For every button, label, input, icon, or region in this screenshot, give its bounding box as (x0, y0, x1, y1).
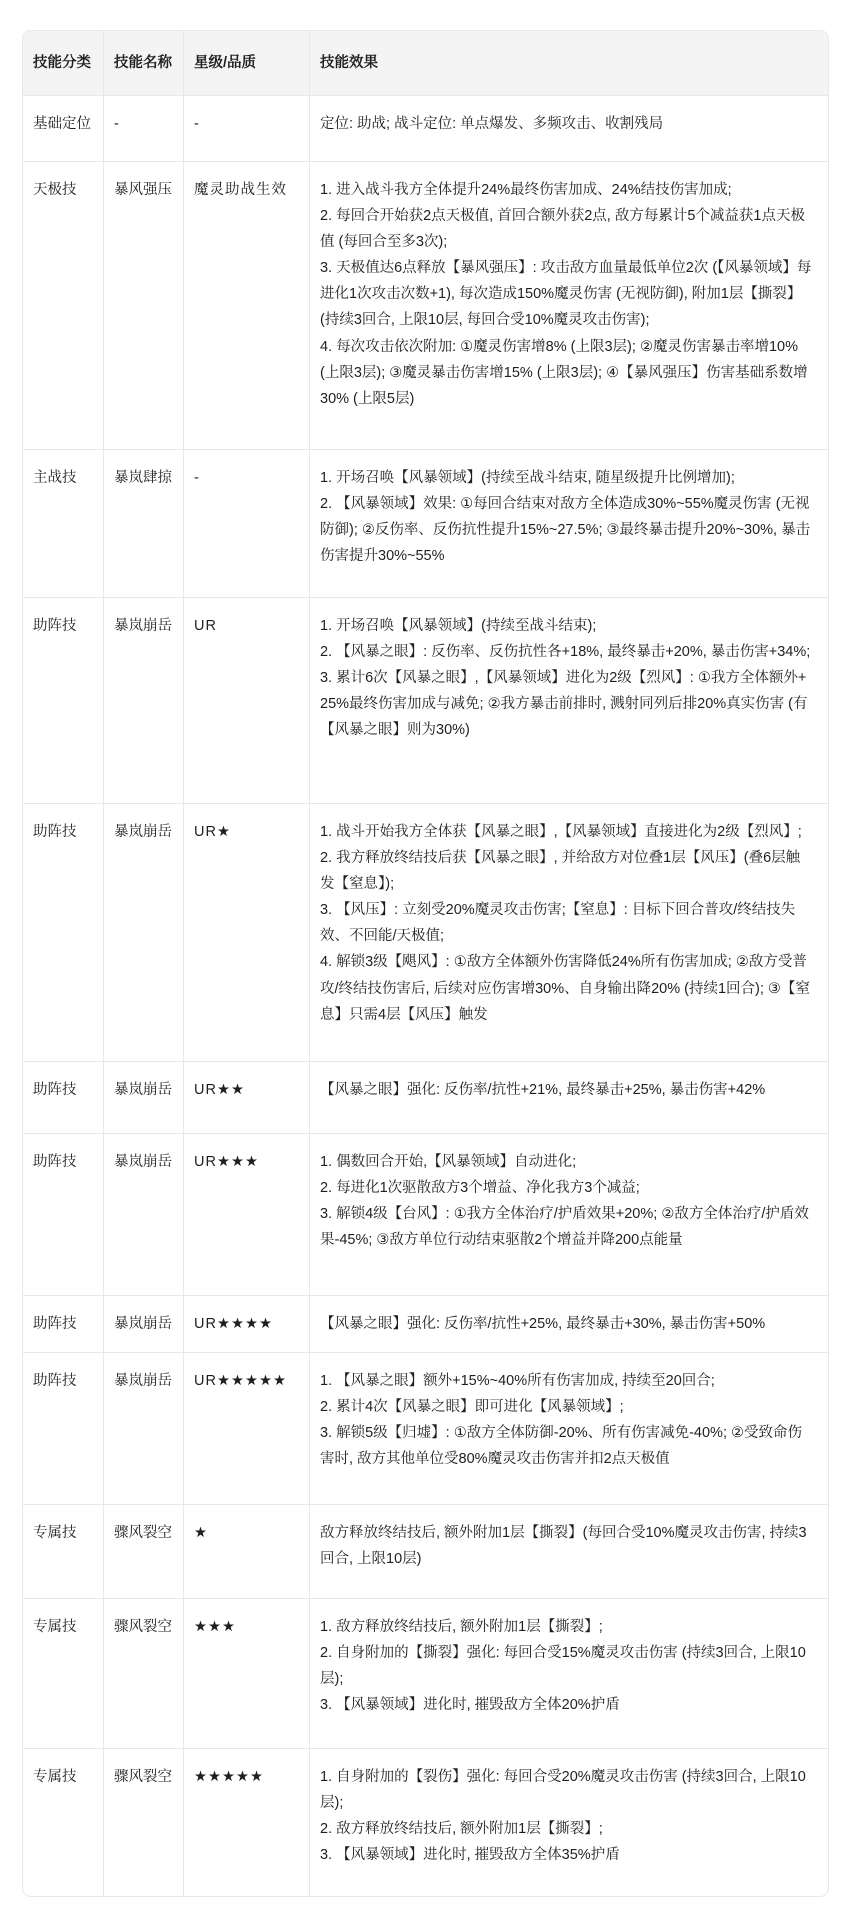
cell-name: 暴岚崩岳 (103, 1352, 183, 1504)
cell-name: - (103, 95, 183, 161)
cell-effect: 【风暴之眼】强化: 反伤率/抗性+21%, 最终暴击+25%, 暴击伤害+42% (309, 1061, 828, 1133)
cell-grade: UR★★★ (183, 1133, 309, 1295)
table-row: 助阵技 暴岚崩岳 UR★★★★★ 1. 【风暴之眼】额外+15%~40%所有伤害… (23, 1352, 828, 1504)
cell-effect: 1. 敌方释放终结技后, 额外附加1层【撕裂】; 2. 自身附加的【撕裂】强化:… (309, 1598, 828, 1748)
cell-name: 暴风强压 (103, 161, 183, 449)
header-cell-grade: 星级/品质 (183, 31, 309, 95)
cell-effect: 1. 自身附加的【裂伤】强化: 每回合受20%魔灵攻击伤害 (持续3回合, 上限… (309, 1748, 828, 1896)
cell-grade: UR★★ (183, 1061, 309, 1133)
cell-name: 暴岚崩岳 (103, 803, 183, 1061)
cell-category: 专属技 (23, 1748, 103, 1896)
cell-grade: ★★★★★ (183, 1748, 309, 1896)
table-row: 专属技 骤风裂空 ★★★★★ 1. 自身附加的【裂伤】强化: 每回合受20%魔灵… (23, 1748, 828, 1896)
cell-name: 暴岚肆掠 (103, 449, 183, 597)
cell-category: 专属技 (23, 1504, 103, 1598)
cell-category: 助阵技 (23, 1061, 103, 1133)
cell-name: 暴岚崩岳 (103, 597, 183, 803)
table-row: 助阵技 暴岚崩岳 UR★ 1. 战斗开始我方全体获【风暴之眼】,【风暴领域】直接… (23, 803, 828, 1061)
cell-name: 暴岚崩岳 (103, 1133, 183, 1295)
cell-effect: 【风暴之眼】强化: 反伤率/抗性+25%, 最终暴击+30%, 暴击伤害+50% (309, 1295, 828, 1352)
cell-effect: 1. 开场召唤【风暴领域】(持续至战斗结束); 2. 【风暴之眼】: 反伤率、反… (309, 597, 828, 803)
skills-table-card: 技能分类 技能名称 星级/品质 技能效果 基础定位 - - 定位: 助战; 战斗… (22, 30, 829, 1897)
cell-effect: 1. 偶数回合开始,【风暴领域】自动进化; 2. 每进化1次驱散敌方3个增益、净… (309, 1133, 828, 1295)
cell-grade: UR (183, 597, 309, 803)
header-cell-effect: 技能效果 (309, 31, 828, 95)
table-row: 专属技 骤风裂空 ★★★ 1. 敌方释放终结技后, 额外附加1层【撕裂】; 2.… (23, 1598, 828, 1748)
cell-category: 助阵技 (23, 1295, 103, 1352)
cell-category: 助阵技 (23, 1133, 103, 1295)
cell-effect: 1. 【风暴之眼】额外+15%~40%所有伤害加成, 持续至20回合; 2. 累… (309, 1352, 828, 1504)
cell-grade: ★★★ (183, 1598, 309, 1748)
table-row: 助阵技 暴岚崩岳 UR 1. 开场召唤【风暴领域】(持续至战斗结束); 2. 【… (23, 597, 828, 803)
skills-table: 技能分类 技能名称 星级/品质 技能效果 基础定位 - - 定位: 助战; 战斗… (23, 31, 828, 1896)
header-cell-category: 技能分类 (23, 31, 103, 95)
cell-name: 暴岚崩岳 (103, 1295, 183, 1352)
cell-category: 助阵技 (23, 1352, 103, 1504)
cell-effect: 定位: 助战; 战斗定位: 单点爆发、多频攻击、收割残局 (309, 95, 828, 161)
table-row: 助阵技 暴岚崩岳 UR★★★ 1. 偶数回合开始,【风暴领域】自动进化; 2. … (23, 1133, 828, 1295)
cell-grade: - (183, 449, 309, 597)
cell-category: 助阵技 (23, 803, 103, 1061)
table-row: 天极技 暴风强压 魔灵助战生效 1. 进入战斗我方全体提升24%最终伤害加成、2… (23, 161, 828, 449)
table-header-row: 技能分类 技能名称 星级/品质 技能效果 (23, 31, 828, 95)
table-row: 助阵技 暴岚崩岳 UR★★★★ 【风暴之眼】强化: 反伤率/抗性+25%, 最终… (23, 1295, 828, 1352)
table-row: 基础定位 - - 定位: 助战; 战斗定位: 单点爆发、多频攻击、收割残局 (23, 95, 828, 161)
table-row: 助阵技 暴岚崩岳 UR★★ 【风暴之眼】强化: 反伤率/抗性+21%, 最终暴击… (23, 1061, 828, 1133)
cell-category: 天极技 (23, 161, 103, 449)
cell-effect: 1. 开场召唤【风暴领域】(持续至战斗结束, 随星级提升比例增加); 2. 【风… (309, 449, 828, 597)
cell-name: 骤风裂空 (103, 1598, 183, 1748)
cell-effect: 敌方释放终结技后, 额外附加1层【撕裂】(每回合受10%魔灵攻击伤害, 持续3回… (309, 1504, 828, 1598)
cell-grade: UR★ (183, 803, 309, 1061)
table-row: 主战技 暴岚肆掠 - 1. 开场召唤【风暴领域】(持续至战斗结束, 随星级提升比… (23, 449, 828, 597)
cell-effect: 1. 进入战斗我方全体提升24%最终伤害加成、24%结技伤害加成; 2. 每回合… (309, 161, 828, 449)
cell-category: 主战技 (23, 449, 103, 597)
cell-name: 骤风裂空 (103, 1748, 183, 1896)
cell-grade: UR★★★★ (183, 1295, 309, 1352)
table-row: 专属技 骤风裂空 ★ 敌方释放终结技后, 额外附加1层【撕裂】(每回合受10%魔… (23, 1504, 828, 1598)
cell-category: 助阵技 (23, 597, 103, 803)
cell-name: 暴岚崩岳 (103, 1061, 183, 1133)
cell-grade: 魔灵助战生效 (183, 161, 309, 449)
cell-grade: UR★★★★★ (183, 1352, 309, 1504)
cell-category: 基础定位 (23, 95, 103, 161)
cell-category: 专属技 (23, 1598, 103, 1748)
cell-grade: - (183, 95, 309, 161)
cell-grade: ★ (183, 1504, 309, 1598)
header-cell-name: 技能名称 (103, 31, 183, 95)
cell-name: 骤风裂空 (103, 1504, 183, 1598)
cell-effect: 1. 战斗开始我方全体获【风暴之眼】,【风暴领域】直接进化为2级【烈风】; 2.… (309, 803, 828, 1061)
